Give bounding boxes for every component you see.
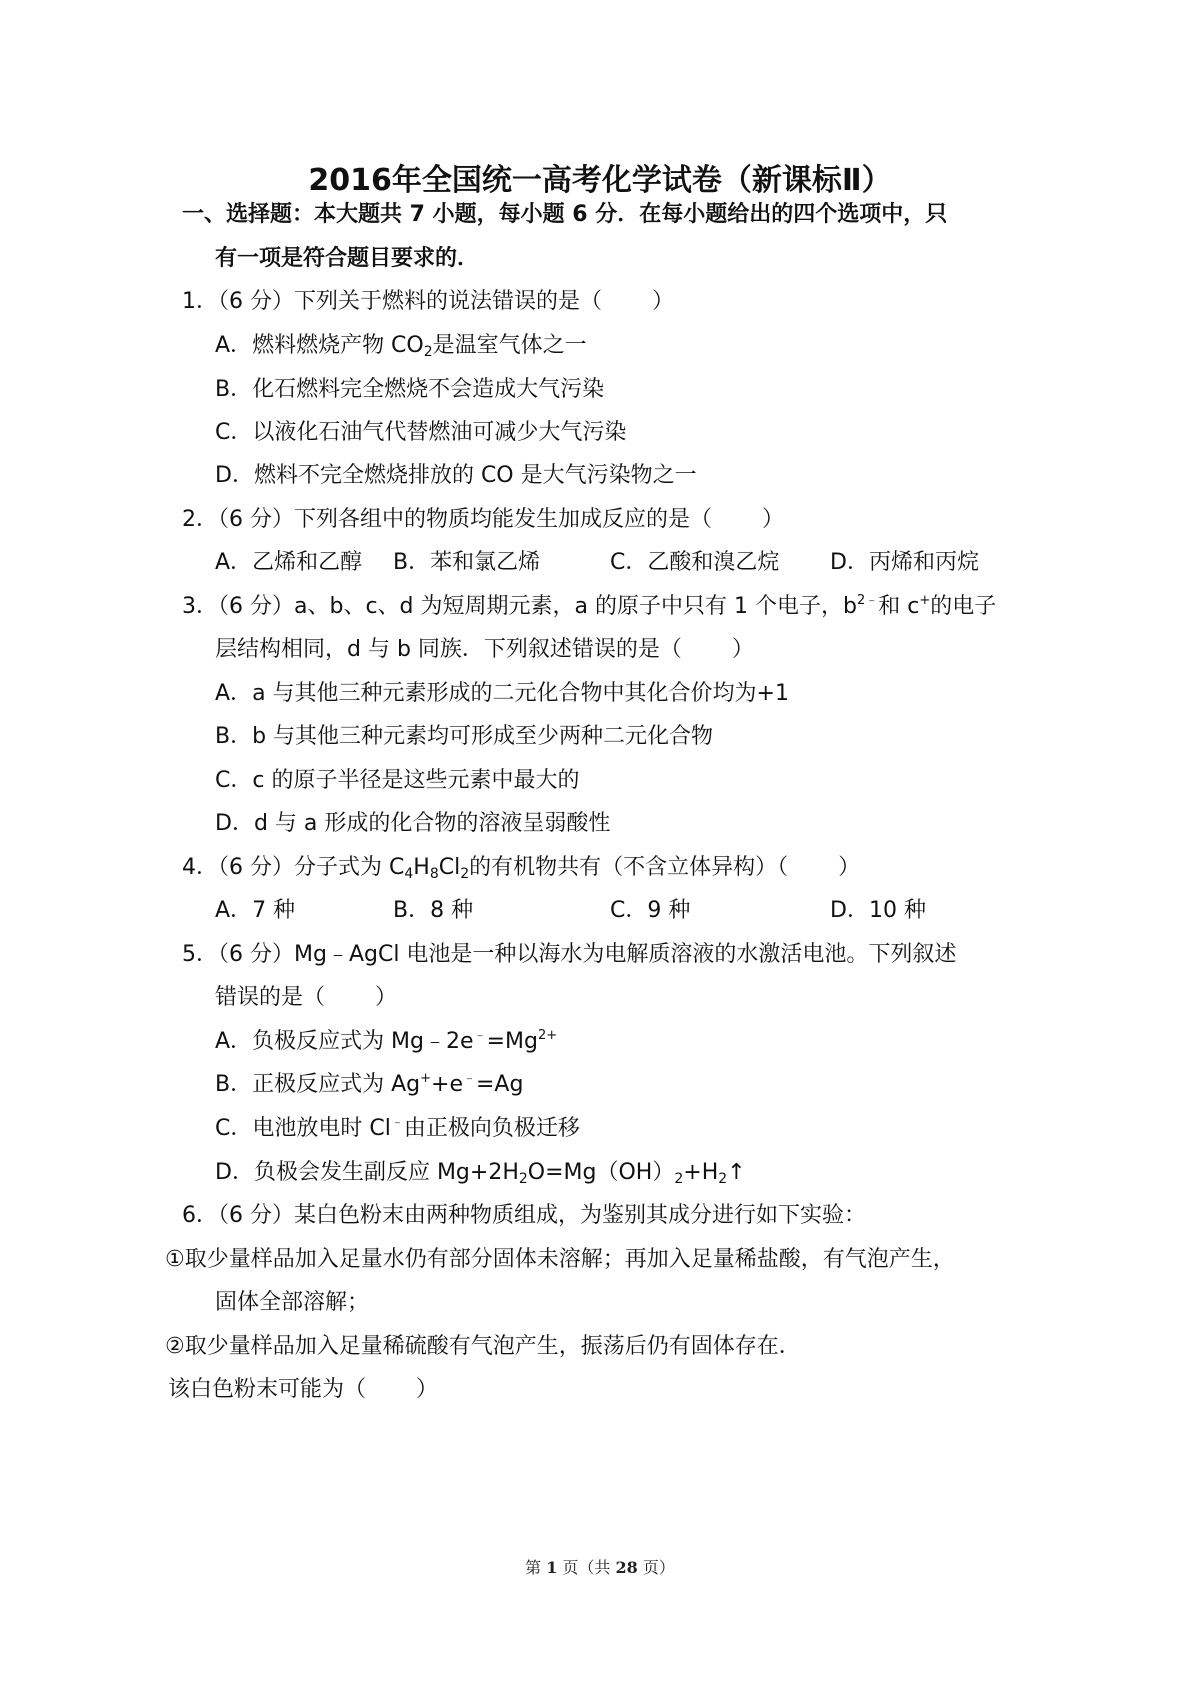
section-heading-line1: 一、选择题：本大题共 7 小题，每小题 6 分．在每小题给出的四个选项中，只 xyxy=(182,200,947,230)
question-3-option-a: A．a 与其他三种元素形成的二元化合物中其化合价均为+1 xyxy=(215,679,789,709)
gas-arrow-icon: ↑ xyxy=(727,1160,745,1185)
question-3-option-b: B．b 与其他三种元素均可形成至少两种二元化合物 xyxy=(215,722,713,752)
question-3-stem: 3．（6 分）a、b、c、d 为短周期元素，a 的原子中只有 1 个电子，b2﹣… xyxy=(182,592,996,622)
question-6-step1-line1: ①取少量样品加入足量水仍有部分固体未溶解；再加入足量稀盐酸，有气泡产生， xyxy=(165,1245,955,1275)
question-1-option-d: D．燃料不完全燃烧排放的 CO 是大气污染物之一 xyxy=(215,461,697,491)
question-1-option-b: B．化石燃料完全燃烧不会造成大气污染 xyxy=(215,375,604,405)
question-6-step1-line2: 固体全部溶解； xyxy=(215,1288,369,1318)
question-2-option-b: B．苯和氯乙烯 xyxy=(393,548,540,578)
question-4-option-b: B．8 种 xyxy=(393,896,473,926)
question-4-stem: 4．（6 分）分子式为 C4H8Cl2的有机物共有（不含立体异构）（） xyxy=(182,853,860,883)
question-1-option-a: A．燃料燃烧产物 CO2是温室气体之一 xyxy=(215,331,587,361)
question-1-option-c: C．以液化石油气代替燃油可减少大气污染 xyxy=(215,418,626,448)
question-4-option-d: D．10 种 xyxy=(830,896,926,926)
question-2-option-c: C．乙酸和溴乙烷 xyxy=(610,548,779,578)
question-1-stem: 1．（6 分）下列关于燃料的说法错误的是（） xyxy=(182,287,674,317)
question-3-option-d: D．d 与 a 形成的化合物的溶液呈弱酸性 xyxy=(215,809,610,839)
document-title: 2016年全国统一高考化学试卷（新课标Ⅱ） xyxy=(0,155,1200,199)
question-3-option-c: C．c 的原子半径是这些元素中最大的 xyxy=(215,766,579,796)
question-6-step2: ②取少量样品加入足量稀硫酸有气泡产生，振荡后仍有固体存在． xyxy=(165,1332,801,1362)
page-number: 1 xyxy=(546,1558,557,1577)
question-3-stem-line2: 层结构相同，d 与 b 同族．下列叙述错误的是（） xyxy=(215,635,754,665)
question-2-option-a: A．乙烯和乙醇 xyxy=(215,548,362,578)
question-4-options: A．7 种 B．8 种 C．9 种 D．10 种 xyxy=(0,896,1200,926)
question-6-stem: 6．（6 分）某白色粉末由两种物质组成，为鉴别其成分进行如下实验： xyxy=(182,1201,866,1231)
page-total: 28 xyxy=(616,1558,638,1577)
question-5-option-b: B．正极反应式为 Ag++e﹣=Ag xyxy=(215,1070,523,1100)
question-2-option-d: D．丙烯和丙烷 xyxy=(830,548,979,578)
question-5-stem-line2: 错误的是（） xyxy=(215,983,397,1013)
page-footer: 第 1 页（共 28 页） xyxy=(0,1555,1200,1578)
question-2-options: A．乙烯和乙醇 B．苯和氯乙烯 C．乙酸和溴乙烷 D．丙烯和丙烷 xyxy=(0,548,1200,578)
exam-page: 2016年全国统一高考化学试卷（新课标Ⅱ） 一、选择题：本大题共 7 小题，每小… xyxy=(0,0,1200,1698)
question-5-option-a: A．负极反应式为 Mg﹣2e﹣=Mg2+ xyxy=(215,1027,557,1057)
question-5-option-d: D．负极会发生副反应 Mg+2H2O=Mg（OH）2+H2↑ xyxy=(215,1158,746,1188)
question-5-option-c: C．电池放电时 Cl﹣由正极向负极迁移 xyxy=(215,1114,580,1144)
question-2-stem: 2．（6 分）下列各组中的物质均能发生加成反应的是（） xyxy=(182,505,784,535)
question-4-option-c: C．9 种 xyxy=(610,896,690,926)
section-heading-line2: 有一项是符合题目要求的． xyxy=(215,244,479,274)
question-6-question: 该白色粉末可能为（） xyxy=(168,1375,438,1405)
question-4-option-a: A．7 种 xyxy=(215,896,295,926)
question-5-stem: 5．（6 分）Mg﹣AgCl 电池是一种以海水为电解质溶液的水激活电池。下列叙述 xyxy=(182,940,956,970)
